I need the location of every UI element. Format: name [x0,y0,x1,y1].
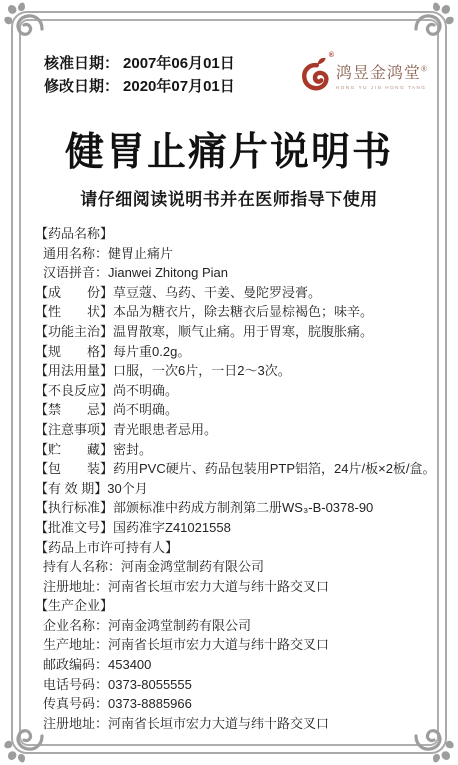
field-mah-registered-address: 注册地址：河南省长垣市宏力大道与纬十路交叉口 [35,577,436,597]
field-value: 草豆蔻、乌药、干姜、曼陀罗浸膏。 [113,285,321,300]
field-label: 【执行标准】 [35,500,113,515]
field-label: 【药品名称】 [35,226,113,241]
field-specification: 【规 格】每片重0.2g。 [35,342,436,362]
field-label: 【不良反应】 [35,383,113,398]
field-value: 本品为糖衣片，除去糖衣后显棕褐色；味辛。 [113,304,373,319]
brand-subtext: HONG YU JIN HONG TANG [336,85,428,90]
field-value: 0373-8885966 [108,696,192,711]
field-phone: 电话号码：0373-8055555 [35,675,436,695]
field-adverse-reactions: 【不良反应】尚不明确。 [35,381,436,401]
field-value: 尚不明确。 [113,383,178,398]
field-value: 河南省长垣市宏力大道与纬十路交叉口 [108,716,329,731]
field-dosage: 【用法用量】口服，一次6片，一日2～3次。 [35,361,436,381]
field-value: 尚不明确。 [113,402,178,417]
field-company-name: 企业名称：河南金鸿堂制药有限公司 [35,616,436,636]
field-value: 部颁标准中药成方制剂第二册WS₃-B-0378-90 [113,500,373,515]
field-value: 河南省长垣市宏力大道与纬十路交叉口 [108,637,329,652]
approval-date-value: 2007年06月01日 [123,55,235,72]
modified-date-line: 修改日期：2020年07月01日 [44,75,235,98]
field-packaging: 【包 装】药用PVC硬片、药品包装用PTP铝箔，24片/板×2板/盒。 [35,459,436,479]
field-label: 【药品上市许可持有人】 [35,540,178,555]
header: 核准日期：2007年06月01日 修改日期：2020年07月01日 ® 鸿昱金鸿… [44,52,428,98]
field-value: 30个月 [107,481,147,496]
field-label: 【成 份】 [35,285,113,300]
field-generic-name: 通用名称：健胃止痛片 [35,244,436,264]
field-value: 河南省长垣市宏力大道与纬十路交叉口 [108,579,329,594]
field-label: 注册地址： [43,716,108,731]
approval-date-line: 核准日期：2007年06月01日 [44,52,235,75]
field-value: 453400 [108,657,151,672]
field-contraindications: 【禁 忌】尚不明确。 [35,400,436,420]
corner-ornament-icon [410,1,456,47]
field-label: 企业名称： [43,618,108,633]
field-mah-name: 持有人名称：河南金鸿堂制药有限公司 [35,557,436,577]
field-value: 每片重0.2g。 [113,344,190,359]
field-label: 【批准文号】 [35,520,113,535]
page-title: 健胃止痛片说明书 [0,121,458,177]
field-label: 【贮 藏】 [35,442,113,457]
brand-name: 鸿昱金鸿堂 [336,65,421,82]
field-validity: 【有 效 期】30个月 [35,479,436,499]
field-mfr-registered-address: 注册地址：河南省长垣市宏力大道与纬十路交叉口 [35,714,436,734]
field-label: 【用法用量】 [35,363,113,378]
field-label: 【禁 忌】 [35,402,113,417]
brand-logo-icon: ® [299,54,331,96]
field-value: 河南金鸿堂制药有限公司 [108,618,251,633]
field-value: Jianwei Zhitong Pian [108,265,228,280]
field-label: 邮政编码： [43,657,108,672]
field-value: 密封。 [113,442,152,457]
field-label: 注册地址： [43,579,108,594]
field-label: 传真号码： [43,696,108,711]
field-label: 通用名称： [43,246,108,261]
corner-ornament-icon [2,1,48,47]
field-mah-header: 【药品上市许可持有人】 [35,538,436,558]
field-functions: 【功能主治】温胃散寒，顺气止痛。用于胃寒，脘腹胀痛。 [35,322,436,342]
registered-trademark-icon: ® [329,52,334,59]
field-label: 生产地址： [43,637,108,652]
approval-date-label: 核准日期： [44,55,119,72]
modified-date-value: 2020年07月01日 [123,78,235,95]
registered-trademark-icon: ® [421,65,428,74]
field-value: 药用PVC硬片、药品包装用PTP铝箔，24片/板×2板/盒。 [113,461,436,476]
field-label: 【注意事项】 [35,422,113,437]
field-label: 【生产企业】 [35,598,113,613]
field-production-address: 生产地址：河南省长垣市宏力大道与纬十路交叉口 [35,635,436,655]
field-manufacturer-header: 【生产企业】 [35,596,436,616]
field-label: 【功能主治】 [35,324,113,339]
modified-date-label: 修改日期： [44,78,119,95]
field-approval-number: 【批准文号】国药准字Z41021558 [35,518,436,538]
field-value: 温胃散寒，顺气止痛。用于胃寒，脘腹胀痛。 [113,324,373,339]
field-standard: 【执行标准】部颁标准中药成方制剂第二册WS₃-B-0378-90 [35,498,436,518]
field-properties: 【性 状】本品为糖衣片，除去糖衣后显棕褐色；味辛。 [35,302,436,322]
field-label: 【包 装】 [35,461,113,476]
brand-text-block: 鸿昱金鸿堂® HONG YU JIN HONG TANG [336,54,428,90]
field-value: 口服，一次6片，一日2～3次。 [113,363,291,378]
field-storage: 【贮 藏】密封。 [35,440,436,460]
field-precautions: 【注意事项】青光眼患者忌用。 [35,420,436,440]
field-label: 【有 效 期】 [35,481,107,496]
field-pinyin: 汉语拼音：Jianwei Zhitong Pian [35,263,436,283]
field-value: 国药准字Z41021558 [113,520,231,535]
field-label: 【性 状】 [35,304,113,319]
page-subtitle: 请仔细阅读说明书并在医师指导下使用 [0,185,458,210]
date-block: 核准日期：2007年06月01日 修改日期：2020年07月01日 [44,52,235,98]
field-label: 电话号码： [43,677,108,692]
leaflet-body: 【药品名称】 通用名称：健胃止痛片 汉语拼音：Jianwei Zhitong P… [35,224,436,733]
field-value: 0373-8055555 [108,677,192,692]
leaflet-page: 核准日期：2007年06月01日 修改日期：2020年07月01日 ® 鸿昱金鸿… [0,0,458,765]
field-label: 汉语拼音： [43,265,108,280]
field-fax: 传真号码：0373-8885966 [35,694,436,714]
field-value: 河南金鸿堂制药有限公司 [121,559,264,574]
field-label: 【规 格】 [35,344,113,359]
field-value: 健胃止痛片 [108,246,173,261]
field-value: 青光眼患者忌用。 [113,422,217,437]
field-postcode: 邮政编码：453400 [35,655,436,675]
field-ingredients: 【成 份】草豆蔻、乌药、干姜、曼陀罗浸膏。 [35,283,436,303]
brand-logo: ® 鸿昱金鸿堂® HONG YU JIN HONG TANG [299,54,428,96]
field-label: 持有人名称： [43,559,121,574]
field-drug-name: 【药品名称】 [35,224,436,244]
